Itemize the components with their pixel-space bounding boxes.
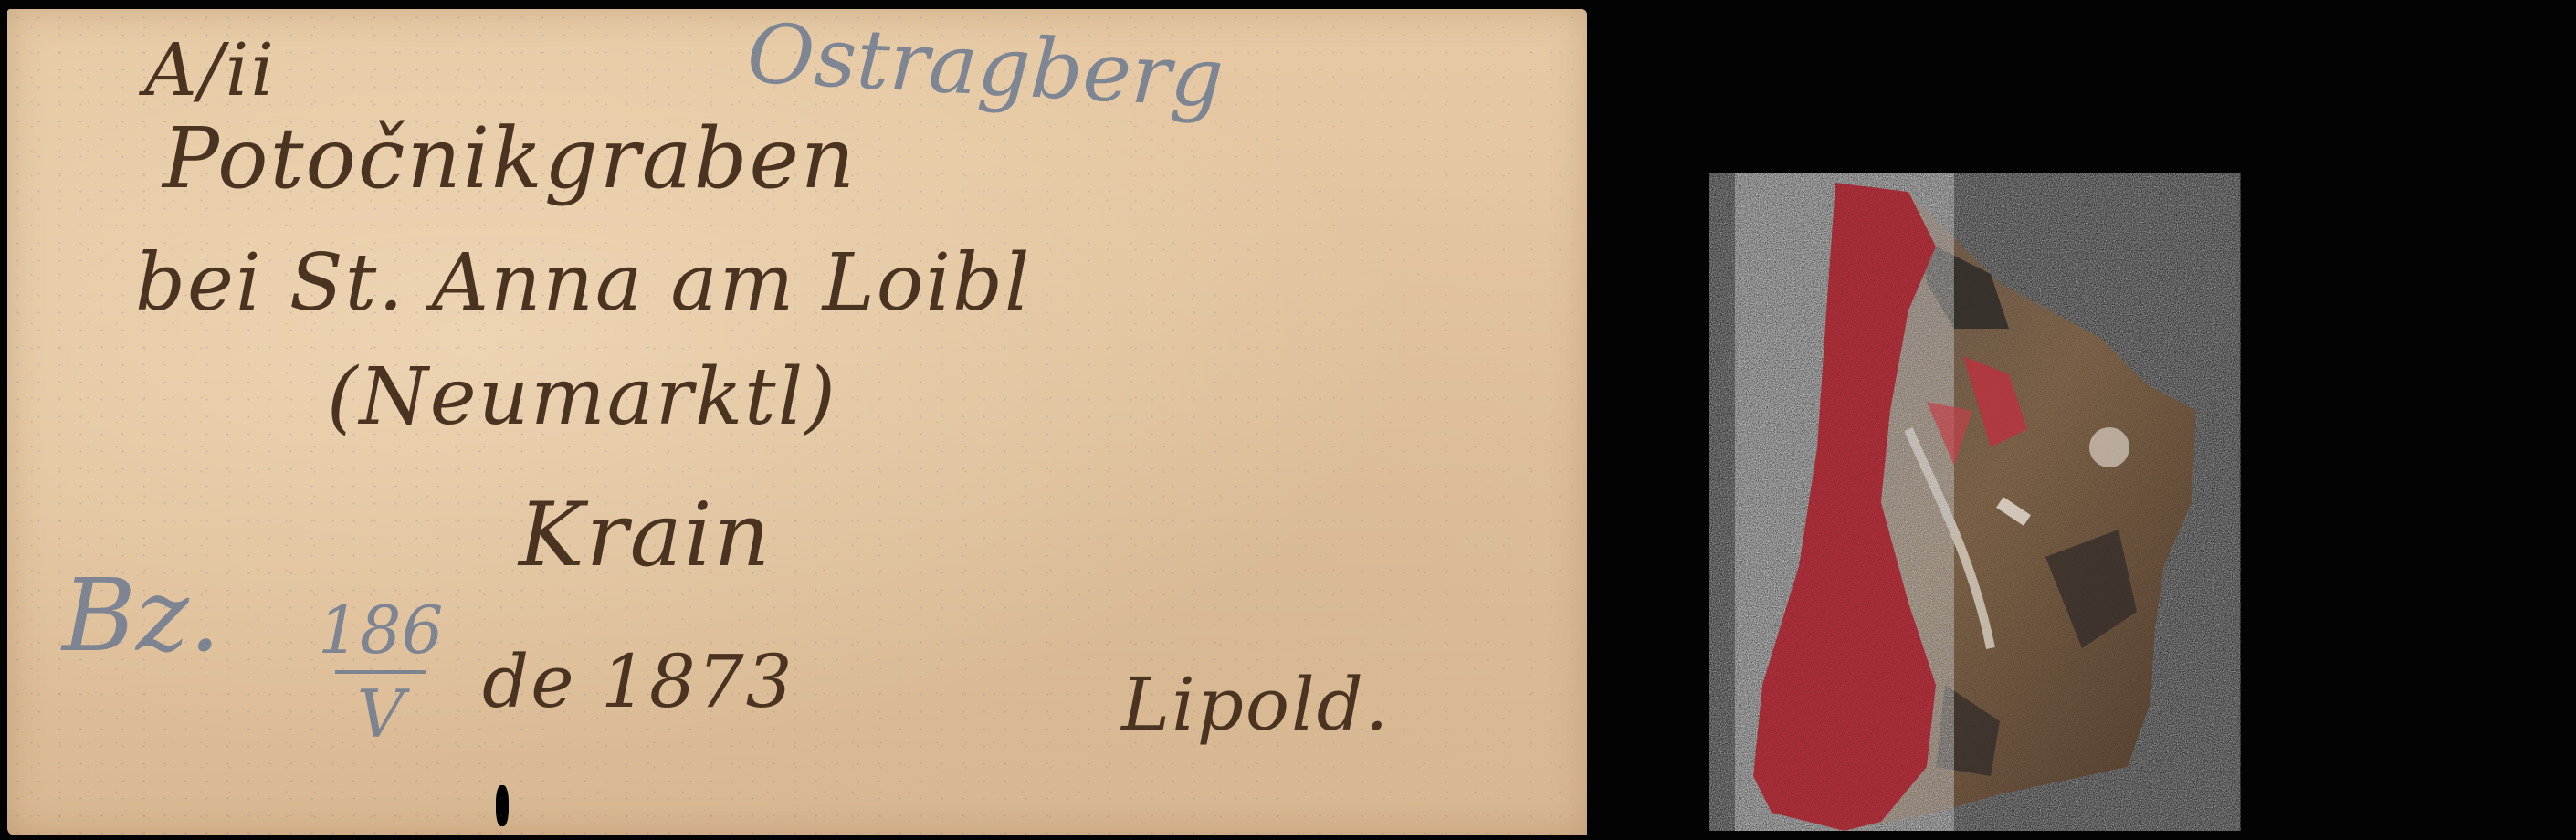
label-damage-hole [496,785,509,826]
catalog-reference: A/ii [144,27,276,112]
region-name: Krain [519,484,772,586]
specimen-label-card: A/ii Ostragberg Potočnikgraben bei St. A… [7,9,1587,835]
locality-line-3: (Neumarktl) [327,352,837,443]
pencil-acquisition-mark: Bz. [62,557,221,674]
fraction-bar [335,670,426,674]
pencil-inventory-fraction: 186 V [318,593,443,751]
locality-line-2: bei St. Anna am Loibl [135,237,1032,329]
collector-signature: Lipold. [1121,662,1390,747]
collection-date: de 1873 [482,639,794,724]
pencil-locality-note: Ostragberg [745,5,1226,126]
fraction-denominator: V [357,676,405,752]
mineral-specimen-image [1698,173,2292,831]
locality-line-1: Potočnikgraben [163,110,857,207]
photograph: A/ii Ostragberg Potočnikgraben bei St. A… [0,0,2576,840]
fraction-numerator: 186 [318,592,443,668]
